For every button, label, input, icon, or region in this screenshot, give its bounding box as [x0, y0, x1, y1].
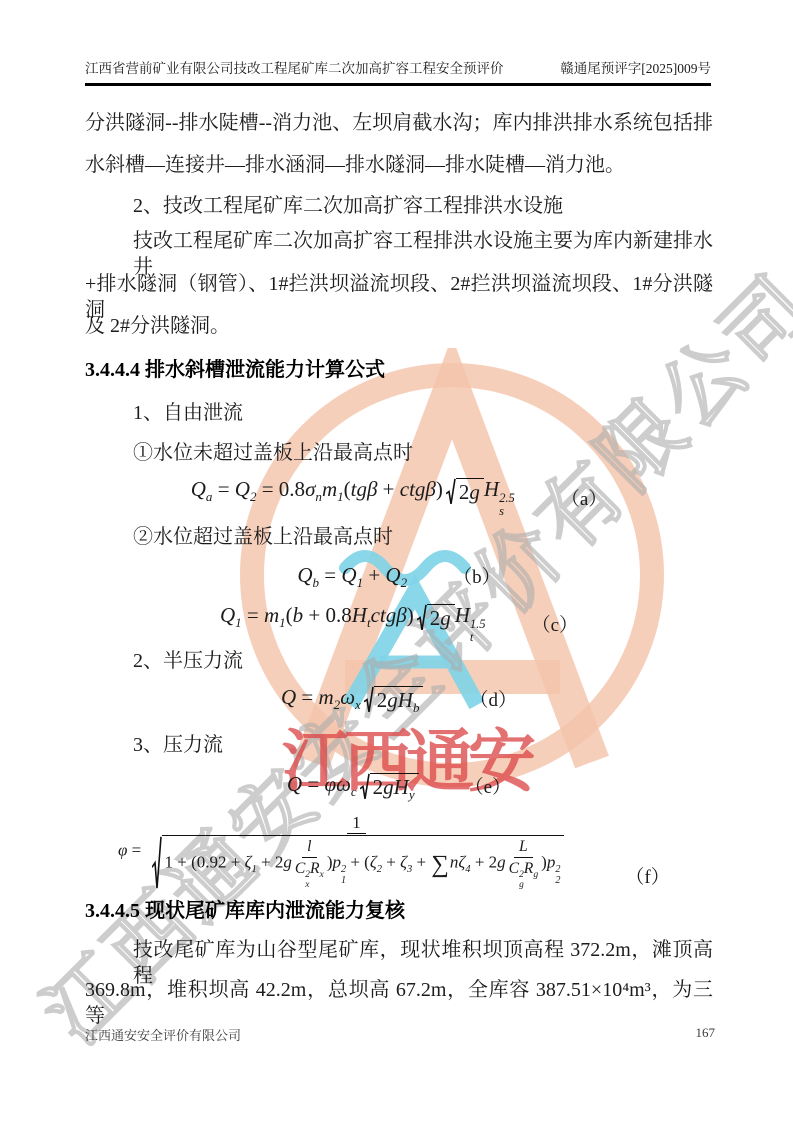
- formula-e: Q = φωc2gHy: [287, 772, 419, 800]
- formula-row-c: Q1 = m1(b + 0.8Htctgβ)2gH1.5t （c）: [85, 603, 713, 644]
- formula-a: Qa = Q2 = 0.8σnm1(tgβ + ctgβ)2gH2.5s: [191, 477, 515, 518]
- formula-row-f: φ = 11 + (0.92 + ζ1 + 2glC2xRx)p21 + (ζ2…: [85, 812, 713, 891]
- formula-row-b: Qb = Q1 + Q2 （b）: [85, 562, 713, 589]
- list-item: 1、自由泄流: [133, 400, 243, 426]
- footer-company: 江西通安安全评价有限公司: [85, 1025, 241, 1044]
- section-heading-3444: 3.4.4.4 排水斜槽泄流能力计算公式: [85, 357, 385, 383]
- header-title: 江西省营前矿业有限公司技改工程尾矿库二次加高扩容工程安全预评价: [85, 57, 504, 77]
- formula-a-label: （a）: [561, 484, 607, 511]
- formula-e-label: （e）: [465, 772, 511, 799]
- formula-b-label: （b）: [453, 562, 501, 589]
- paragraph-line: 及 2#分洪隧洞。: [85, 313, 230, 339]
- formula-c: Q1 = m1(b + 0.8Htctgβ)2gH1.5t: [220, 603, 486, 644]
- formula-d-label: （d）: [469, 685, 517, 712]
- page-header: 江西省营前矿业有限公司技改工程尾矿库二次加高扩容工程安全预评价 赣通尾预评字[2…: [85, 57, 711, 86]
- paragraph-line: 369.8m，堆积坝高 42.2m，总坝高 67.2m，全库容 387.51×1…: [85, 977, 713, 1029]
- document-page: 江西通安安全评价有限公司 江西通安 江西省营前矿业有限公司技改工程尾矿库二次加高…: [0, 0, 793, 1122]
- condition-line: ①水位未超过盖板上沿最高点时: [133, 440, 413, 466]
- paragraph-line: 分洪隧洞--排水陡槽--消力池、左坝肩截水沟；库内排洪排水系统包括排: [85, 110, 713, 136]
- formula-row-a: Qa = Q2 = 0.8σnm1(tgβ + ctgβ)2gH2.5s （a）: [85, 477, 713, 518]
- condition-line: ②水位超过盖板上沿最高点时: [133, 524, 393, 550]
- formula-f: φ = 11 + (0.92 + ζ1 + 2glC2xRx)p21 + (ζ2…: [118, 812, 567, 891]
- footer-page-number: 167: [696, 1025, 716, 1044]
- list-item: 2、技改工程尾矿库二次加高扩容工程排洪水设施: [133, 193, 563, 219]
- content-layer: 江西省营前矿业有限公司技改工程尾矿库二次加高扩容工程安全预评价 赣通尾预评字[2…: [0, 0, 793, 1122]
- page-footer: 江西通安安全评价有限公司 167: [85, 1025, 715, 1044]
- list-item: 2、半压力流: [133, 648, 243, 674]
- formula-c-label: （c）: [532, 610, 578, 637]
- formula-d: Q = m2ωx2gHb: [281, 685, 424, 713]
- header-doc-number: 赣通尾预评字[2025]009号: [560, 57, 711, 77]
- formula-row-e: Q = φωc2gHy （e）: [85, 772, 713, 800]
- formula-row-d: Q = m2ωx2gHb （d）: [85, 685, 713, 713]
- formula-f-label: （f）: [625, 862, 669, 891]
- list-item: 3、压力流: [133, 732, 223, 758]
- section-heading-3445: 3.4.4.5 现状尾矿库库内泄流能力复核: [85, 898, 405, 924]
- paragraph-line: 水斜槽—连接井—排水涵洞—排水隧洞—排水陡槽—消力池。: [85, 152, 625, 178]
- formula-b: Qb = Q1 + Q2: [297, 563, 407, 588]
